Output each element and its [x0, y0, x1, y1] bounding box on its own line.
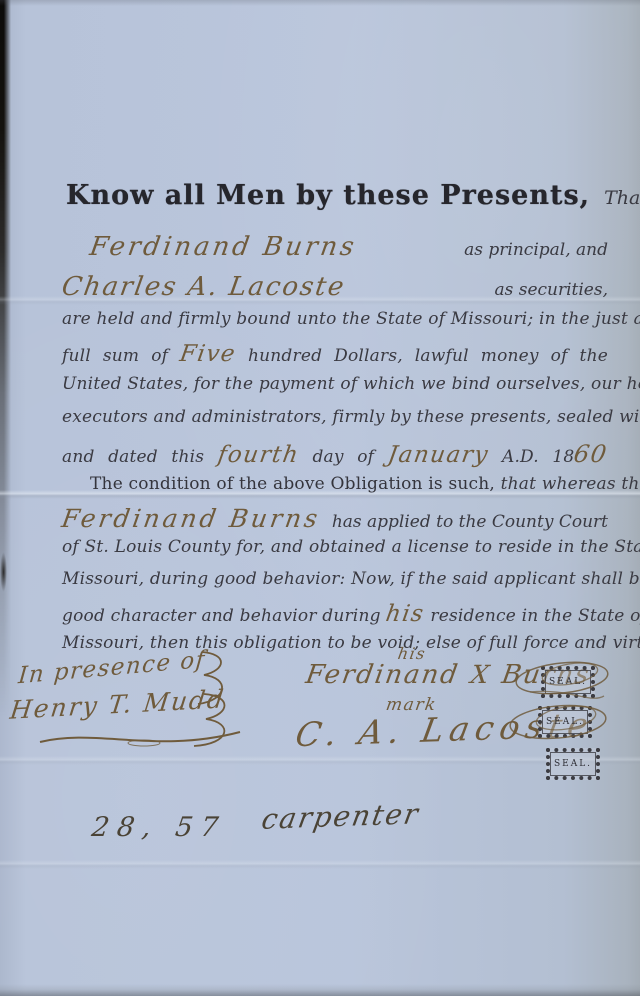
- security-name-handwritten: Charles A. Lacoste: [60, 272, 348, 302]
- body-line-2-post: hundred Dollars, lawful money of the: [248, 346, 608, 366]
- document-scan: Know all Men by these Presents, That We.…: [0, 0, 640, 996]
- body-line-2-pre: full sum of: [62, 346, 168, 366]
- principal-row: Ferdinand Burns as principal, and: [62, 232, 608, 262]
- seal-3-label: SEAL.: [554, 759, 592, 769]
- body-line-3: United States, for the payment of which …: [62, 374, 608, 400]
- applicant-name-handwritten: Ferdinand Burns: [60, 504, 323, 533]
- condition-upright: The condition of the above Obligation is…: [90, 474, 495, 494]
- body-line-2: full sum of Five hundred Dollars, lawful…: [62, 341, 608, 367]
- dated-pre: and dated this: [62, 447, 204, 467]
- dated-year: A.D. 1860: [502, 447, 608, 467]
- principal-label: as principal, and: [464, 240, 608, 260]
- security-label: as securities,: [494, 280, 608, 300]
- dated-day-handwritten: fourth: [216, 442, 301, 468]
- condition-line-1: The condition of the above Obligation is…: [62, 474, 608, 500]
- footer-numbers-handwritten: 28, 57: [90, 812, 228, 843]
- scan-edge-bottom: [0, 984, 640, 996]
- footer-word-handwritten: carpenter: [259, 797, 422, 836]
- applicant-row: Ferdinand Burns has applied to the Count…: [62, 504, 608, 533]
- condition-line-3: of St. Louis County for, and obtained a …: [62, 537, 608, 563]
- dated-line: and dated this fourth day of January A.D…: [62, 440, 608, 466]
- scan-edge-left: [0, 0, 11, 717]
- signature-first-name: Ferdinand: [304, 660, 462, 690]
- dated-year-printed: A.D. 18: [502, 447, 574, 467]
- security-row: Charles A. Lacoste as securities,: [62, 272, 608, 302]
- condition-line-5: good character and behavior during his r…: [62, 601, 608, 627]
- condition-applied-text: has applied to the County Court: [332, 512, 608, 532]
- condition-line-4: Missouri, during good behavior: Now, if …: [62, 569, 608, 595]
- witness-underline-flourish-icon: [36, 726, 246, 752]
- dated-mid: day of: [312, 447, 374, 467]
- signature-mark-x: X: [469, 660, 493, 689]
- dated-month-handwritten: January: [386, 442, 491, 468]
- body-line-4: executors and administrators, firmly by …: [62, 407, 608, 433]
- condition-italic: that whereas the said: [501, 474, 640, 494]
- condition-line-5-pre: good character and behavior during: [62, 606, 381, 626]
- condition-line-5-post: residence in the State of: [430, 606, 640, 626]
- seal-stamp-3: SEAL.: [546, 748, 600, 780]
- heading-blackletter: Know all Men by these Presents,: [66, 180, 590, 211]
- sum-handwritten: Five: [178, 341, 238, 367]
- pronoun-handwritten: his: [384, 601, 427, 627]
- fold-crease: [0, 860, 640, 869]
- principal-name-handwritten: Ferdinand Burns: [88, 232, 359, 262]
- body-line-1: are held and firmly bound unto the State…: [62, 309, 608, 335]
- scan-edge-top: [0, 0, 640, 6]
- document-heading: Know all Men by these Presents, That We.: [66, 180, 606, 211]
- heading-that-we: That We.: [604, 187, 640, 209]
- seal-ink-flourish-icon: [500, 652, 620, 750]
- scan-edge-ink-spot: [0, 552, 7, 592]
- dated-year-handwritten: 60: [572, 440, 610, 468]
- fold-crease: [0, 756, 640, 765]
